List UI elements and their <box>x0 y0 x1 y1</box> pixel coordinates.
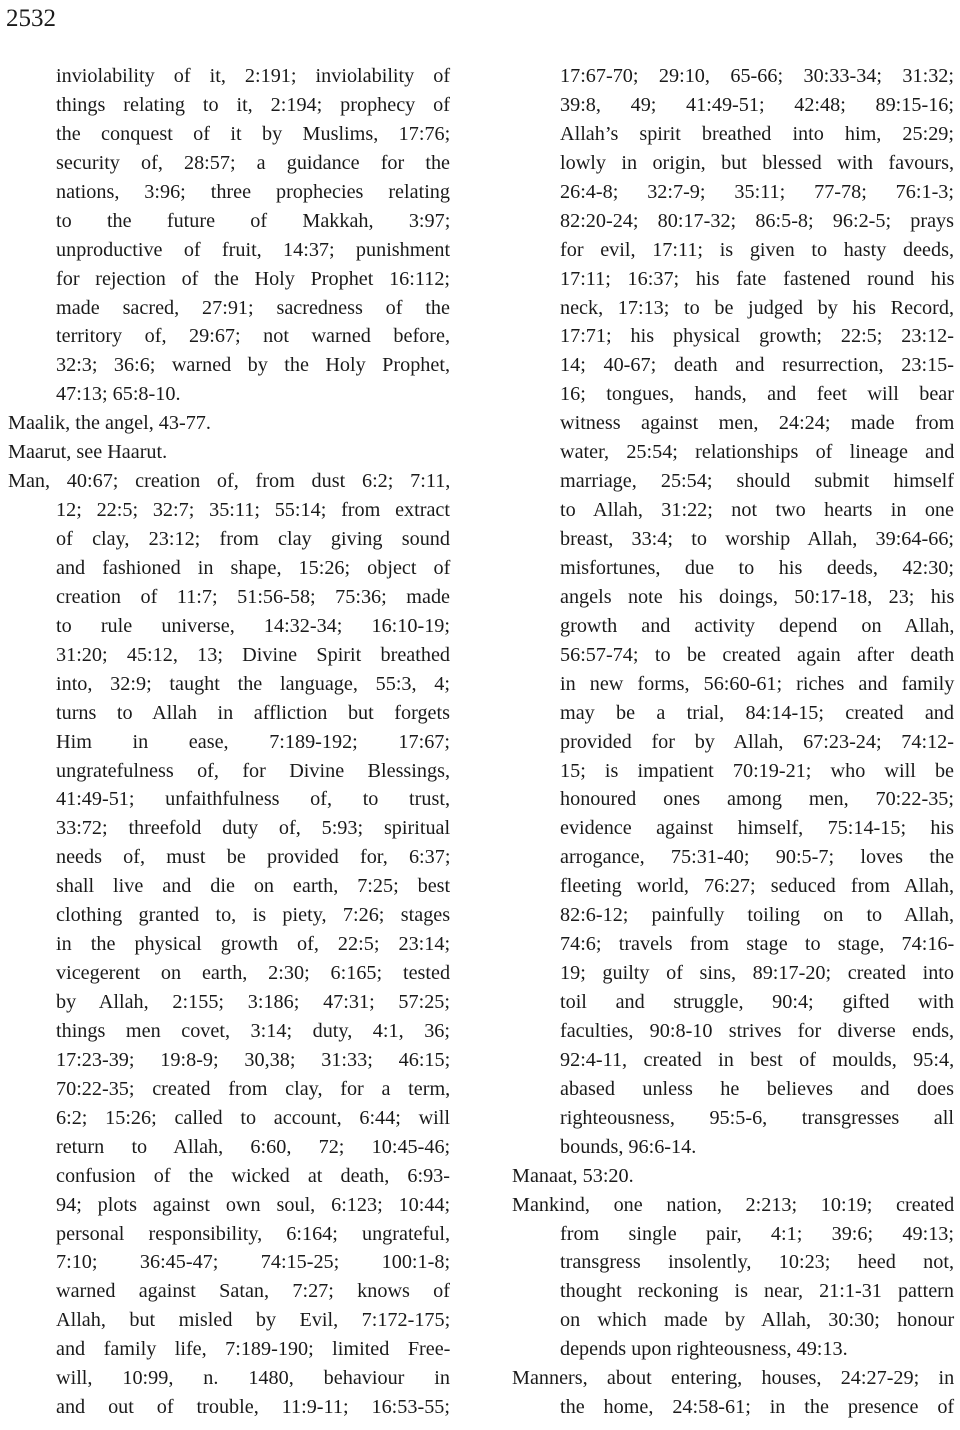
index-line: from single pair, 4:1; 39:6; 49:13; <box>560 1220 954 1249</box>
index-line: made sacred, 27:91; sacredness of the <box>56 294 450 323</box>
index-line: faculties, 90:8-10 strives for diverse e… <box>560 1017 954 1046</box>
index-entry-manners: Manners, about entering, houses, 24:27-2… <box>512 1364 954 1422</box>
index-line: Allah, but misled by Evil, 7:172-175; <box>56 1306 450 1335</box>
index-line: clothing granted to, is piety, 7:26; sta… <box>56 901 450 930</box>
index-line: personal responsibility, 6:164; ungratef… <box>56 1220 450 1249</box>
index-line: of clay, 23:12; from clay giving sound <box>56 525 450 554</box>
index-line: unproductive of fruit, 14:37; punishment <box>56 236 450 265</box>
index-line: 6:2; 15:26; called to account, 6:44; wil… <box>56 1104 450 1133</box>
index-line: thought reckoning is near, 21:1-31 patte… <box>560 1277 954 1306</box>
index-line: Him in ease, 7:189-192; 17:67; <box>56 728 450 757</box>
index-line: 70:22-35; created from clay, for a term, <box>56 1075 450 1104</box>
index-line: provided for by Allah, 67:23-24; 74:12- <box>560 728 954 757</box>
index-line: things men covet, 3:14; duty, 4:1, 36; <box>56 1017 450 1046</box>
index-line: growth and activity depend on Allah, <box>560 612 954 641</box>
index-line: the home, 24:58-61; in the presence of <box>560 1393 954 1422</box>
index-line: in the physical growth of, 22:5; 23:14; <box>56 930 450 959</box>
index-entry-continued: 17:67-70; 29:10, 65-66; 30:33-34; 31:32;… <box>512 62 954 1162</box>
index-line: 12; 22:5; 32:7; 35:11; 55:14; from extra… <box>56 496 450 525</box>
index-entry-maalik: Maalik, the angel, 43-77. <box>8 409 450 438</box>
index-line: may be a trial, 84:14-15; created and <box>560 699 954 728</box>
index-line: 17:23-39; 19:8-9; 30,38; 31:33; 46:15; <box>56 1046 450 1075</box>
index-line: for evil, 17:11; is given to hasty deeds… <box>560 236 954 265</box>
index-line: into, 32:9; taught the language, 55:3, 4… <box>56 670 450 699</box>
index-line: evidence against himself, 75:14-15; his <box>560 814 954 843</box>
index-line: vicegerent on earth, 2:30; 6:165; tested <box>56 959 450 988</box>
index-line: angels note his doings, 50:17-18, 23; hi… <box>560 583 954 612</box>
index-line: arrogance, 75:31-40; 90:5-7; loves the <box>560 843 954 872</box>
index-line: security of, 28:57; a guidance for the <box>56 149 450 178</box>
index-line: 19; guilty of sins, 89:17-20; created in… <box>560 959 954 988</box>
index-line: bounds, 96:6-14. <box>560 1133 954 1162</box>
index-line: by Allah, 2:155; 3:186; 47:31; 57:25; <box>56 988 450 1017</box>
index-line: confusion of the wicked at death, 6:93- <box>56 1162 450 1191</box>
index-line: 16; tongues, hands, and feet will bear <box>560 380 954 409</box>
index-entry-manaat: Manaat, 53:20. <box>512 1162 954 1191</box>
index-line: 17:11; 16:37; his fate fastened round hi… <box>560 265 954 294</box>
index-line: 32:3; 36:6; warned by the Holy Prophet, <box>56 351 450 380</box>
index-line: fleeting world, 76:27; seduced from Alla… <box>560 872 954 901</box>
index-line: on which made by Allah, 30:30; honour <box>560 1306 954 1335</box>
index-line: Manaat, 53:20. <box>512 1162 954 1191</box>
index-line: misfortunes, due to his deeds, 42:30; <box>560 554 954 583</box>
index-line: 74:6; travels from stage to stage, 74:16… <box>560 930 954 959</box>
index-line: 92:4-11, created in best of moulds, 95:4… <box>560 1046 954 1075</box>
index-line: depends upon righteousness, 49:13. <box>560 1335 954 1364</box>
index-line: neck, 17:13; to be judged by his Record, <box>560 294 954 323</box>
index-line: inviolability of it, 2:191; inviolabilit… <box>56 62 450 91</box>
index-line: 82:6-12; painfully toiling on to Allah, <box>560 901 954 930</box>
index-line: Maalik, the angel, 43-77. <box>8 409 450 438</box>
index-line: 14; 40-67; death and resurrection, 23:15… <box>560 351 954 380</box>
index-line: return to Allah, 6:60, 72; 10:45-46; <box>56 1133 450 1162</box>
index-line: warned against Satan, 7:27; knows of <box>56 1277 450 1306</box>
index-line: nations, 3:96; three prophecies relating <box>56 178 450 207</box>
index-entry-mankind: Mankind, one nation, 2:213; 10:19; creat… <box>512 1191 954 1365</box>
index-line: things relating to it, 2:194; prophecy o… <box>56 91 450 120</box>
index-line: and family life, 7:189-190; limited Free… <box>56 1335 450 1364</box>
index-line: righteousness, 95:5-6, transgresses all <box>560 1104 954 1133</box>
index-line: 7:10; 36:45-47; 74:15-25; 100:1-8; <box>56 1248 450 1277</box>
index-column-right: 17:67-70; 29:10, 65-66; 30:33-34; 31:32;… <box>512 62 954 1422</box>
index-line: and out of trouble, 11:9-11; 16:53-55; <box>56 1393 450 1422</box>
index-column-left: inviolability of it, 2:191; inviolabilit… <box>8 62 450 1422</box>
index-line: 47:13; 65:8-10. <box>56 380 450 409</box>
index-line: for rejection of the Holy Prophet 16:112… <box>56 265 450 294</box>
index-entry-continued: inviolability of it, 2:191; inviolabilit… <box>8 62 450 409</box>
index-line: to Allah, 31:22; not two hearts in one <box>560 496 954 525</box>
index-line: transgress insolently, 10:23; heed not, <box>560 1248 954 1277</box>
index-line: toil and struggle, 90:4; gifted with <box>560 988 954 1017</box>
index-line: lowly in origin, but blessed with favour… <box>560 149 954 178</box>
index-line: ungratefulness of, for Divine Blessings, <box>56 757 450 786</box>
index-line: 39:8, 49; 41:49-51; 42:48; 89:15-16; <box>560 91 954 120</box>
index-line: in new forms, 56:60-61; riches and famil… <box>560 670 954 699</box>
index-line: water, 25:54; relationships of lineage a… <box>560 438 954 467</box>
index-line: Maarut, see Haarut. <box>8 438 450 467</box>
index-line: 41:49-51; unfaithfulness of, to trust, <box>56 785 450 814</box>
index-line: 17:67-70; 29:10, 65-66; 30:33-34; 31:32; <box>560 62 954 91</box>
index-line: breast, 33:4; to worship Allah, 39:64-66… <box>560 525 954 554</box>
index-line: to rule universe, 14:32-34; 16:10-19; <box>56 612 450 641</box>
index-line: and fashioned in shape, 15:26; object of <box>56 554 450 583</box>
index-line: the conquest of it by Muslims, 17:76; <box>56 120 450 149</box>
index-line: 94; plots against own soul, 6:123; 10:44… <box>56 1191 450 1220</box>
page-number: 2532 <box>6 4 56 34</box>
index-line: 33:72; threefold duty of, 5:93; spiritua… <box>56 814 450 843</box>
index-line: turns to Allah in affliction but forgets <box>56 699 450 728</box>
index-line: will, 10:99, n. 1480, behaviour in <box>56 1364 450 1393</box>
index-line: Mankind, one nation, 2:213; 10:19; creat… <box>512 1191 954 1220</box>
index-line: marriage, 25:54; should submit himself <box>560 467 954 496</box>
index-line: needs of, must be provided for, 6:37; <box>56 843 450 872</box>
index-line: abased unless he believes and does <box>560 1075 954 1104</box>
index-line: Manners, about entering, houses, 24:27-2… <box>512 1364 954 1393</box>
index-line: territory of, 29:67; not warned before, <box>56 322 450 351</box>
index-line: Man, 40:67; creation of, from dust 6:2; … <box>8 467 450 496</box>
index-line: 31:20; 45:12, 13; Divine Spirit breathed <box>56 641 450 670</box>
index-line: 26:4-8; 32:7-9; 35:11; 77-78; 76:1-3; <box>560 178 954 207</box>
index-line: 17:71; his physical growth; 22:5; 23:12- <box>560 322 954 351</box>
index-entry-man: Man, 40:67; creation of, from dust 6:2; … <box>8 467 450 1422</box>
index-line: 15; is impatient 70:19-21; who will be <box>560 757 954 786</box>
index-line: 82:20-24; 80:17-32; 86:5-8; 96:2-5; pray… <box>560 207 954 236</box>
index-line: Allah’s spirit breathed into him, 25:29; <box>560 120 954 149</box>
index-line: creation of 11:7; 51:56-58; 75:36; made <box>56 583 450 612</box>
index-line: to the future of Makkah, 3:97; <box>56 207 450 236</box>
index-entry-maarut: Maarut, see Haarut. <box>8 438 450 467</box>
index-line: 56:57-74; to be created again after deat… <box>560 641 954 670</box>
index-line: shall live and die on earth, 7:25; best <box>56 872 450 901</box>
index-line: honoured ones among men, 70:22-35; <box>560 785 954 814</box>
index-line: witness against men, 24:24; made from <box>560 409 954 438</box>
